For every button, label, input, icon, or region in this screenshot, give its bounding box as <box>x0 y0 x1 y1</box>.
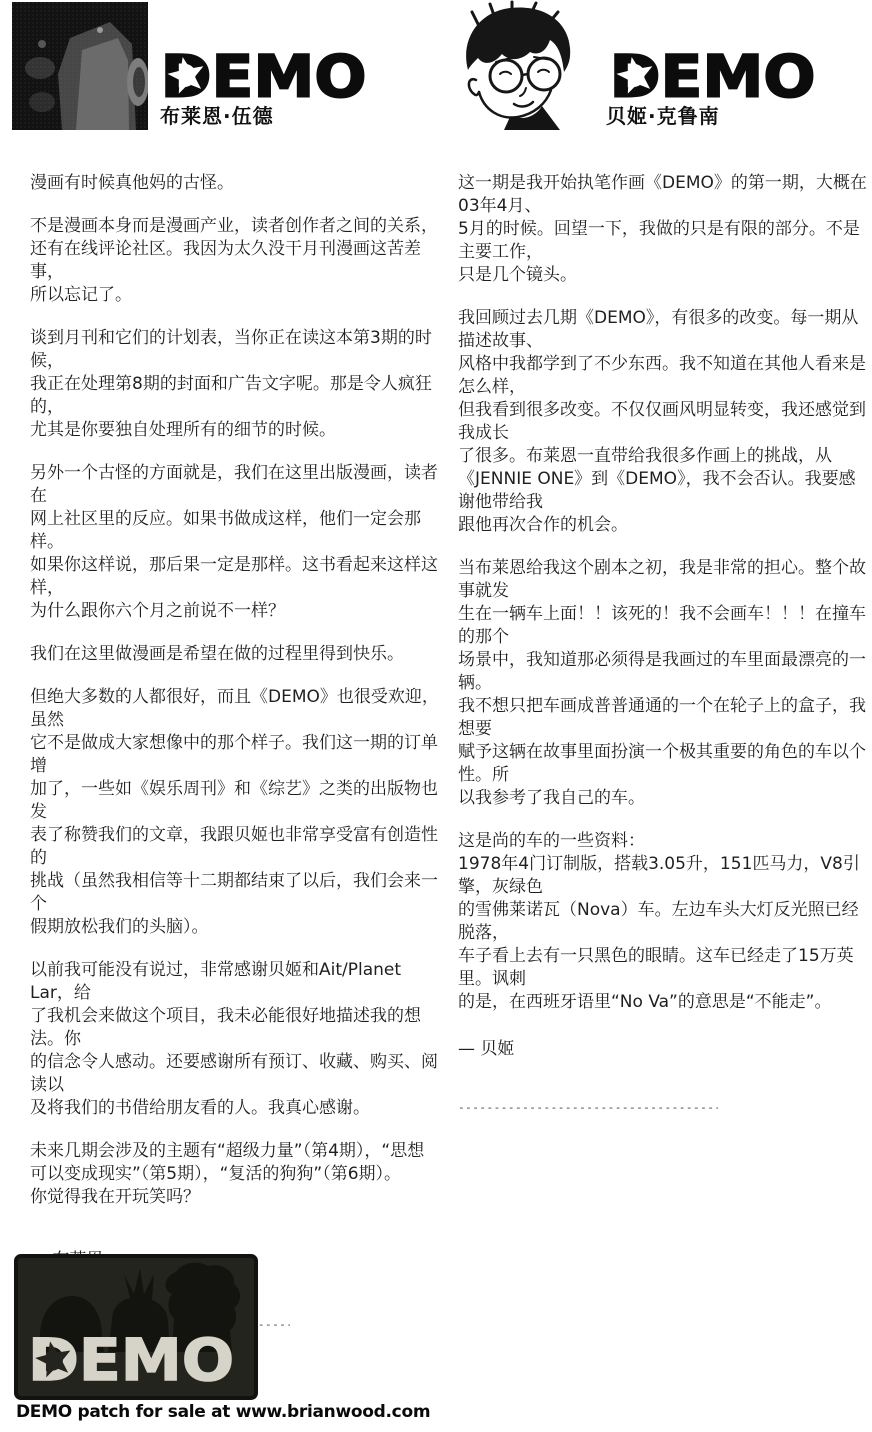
ink-sketch <box>450 0 592 130</box>
essay-becky: 这一期是我开始执笔作画《DEMO》的第一期，大概在03年4月、 5月的时候。回望… <box>458 172 870 1114</box>
halftone-photo <box>12 2 148 130</box>
demo-patch-image: DEMO <box>14 1254 258 1400</box>
patch-caption: DEMO patch for sale at www.brianwood.com <box>16 1402 430 1422</box>
paragraph: 以前我可能没有说过，非常感谢贝姬和Ait/Planet Lar，给 了我机会来做… <box>30 959 442 1120</box>
paragraph: 谈到月刊和它们的计划表，当你正在读这本第3期的时候， 我正在处理第8期的封面和广… <box>30 327 442 442</box>
page: DEMO 布莱恩·伍德 <box>0 0 872 1432</box>
essay-brian: 漫画有时候真他妈的古怪。 不是漫画本身而是漫画产业，读者创作者之间的关系， 还有… <box>30 172 442 1331</box>
paragraph: 不是漫画本身而是漫画产业，读者创作者之间的关系， 还有在线评论社区。我因为太久没… <box>30 215 442 307</box>
paragraph: 另外一个古怪的方面就是，我们在这里出版漫画，读者在 网上社区里的反应。如果书做成… <box>30 462 442 623</box>
paragraph: 这是尚的车的一些资料： 1978年4门订制版，搭载3.05升，151匹马力，V8… <box>458 830 870 1014</box>
demo-logo-graphic: DEMO <box>606 46 821 104</box>
becky-cloonan-portrait-sketch <box>450 0 592 130</box>
demo-logo-graphic: DEMO <box>157 46 372 104</box>
paragraph: 漫画有时候真他妈的古怪。 <box>30 172 442 195</box>
paragraph: 这一期是我开始执笔作画《DEMO》的第一期，大概在03年4月、 5月的时候。回望… <box>458 172 870 287</box>
paragraph: 当布莱恩给我这个剧本之初，我是非常的担心。整个故事就发 生在一辆车上面！！该死的… <box>458 557 870 810</box>
signature-becky: — 贝姬 <box>458 1038 870 1061</box>
demo-logo-right: DEMO <box>606 46 821 104</box>
brian-wood-portrait-photo <box>12 2 148 130</box>
paragraph: 我们在这里做漫画是希望在做的过程里得到快乐。 <box>30 643 442 666</box>
paragraph: 但绝大多数的人都很好，而且《DEMO》也很受欢迎，虽然 它不是做成大家想像中的那… <box>30 686 442 939</box>
divider-line: -------------------------------------- <box>458 1101 718 1114</box>
demo-logo-left: DEMO <box>157 46 372 104</box>
author-name-becky: 贝姬·克鲁南 <box>606 100 720 129</box>
patch-graphic: DEMO <box>14 1254 258 1400</box>
paragraph: 我回顾过去几期《DEMO》，有很多的改变。每一期从描述故事、 风格中我都学到了不… <box>458 307 870 537</box>
author-name-brian: 布莱恩·伍德 <box>160 100 274 129</box>
paragraph: 未来几期会涉及的主题有“超级力量”（第4期），“思想 可以变成现实”（第5期），… <box>30 1140 442 1209</box>
